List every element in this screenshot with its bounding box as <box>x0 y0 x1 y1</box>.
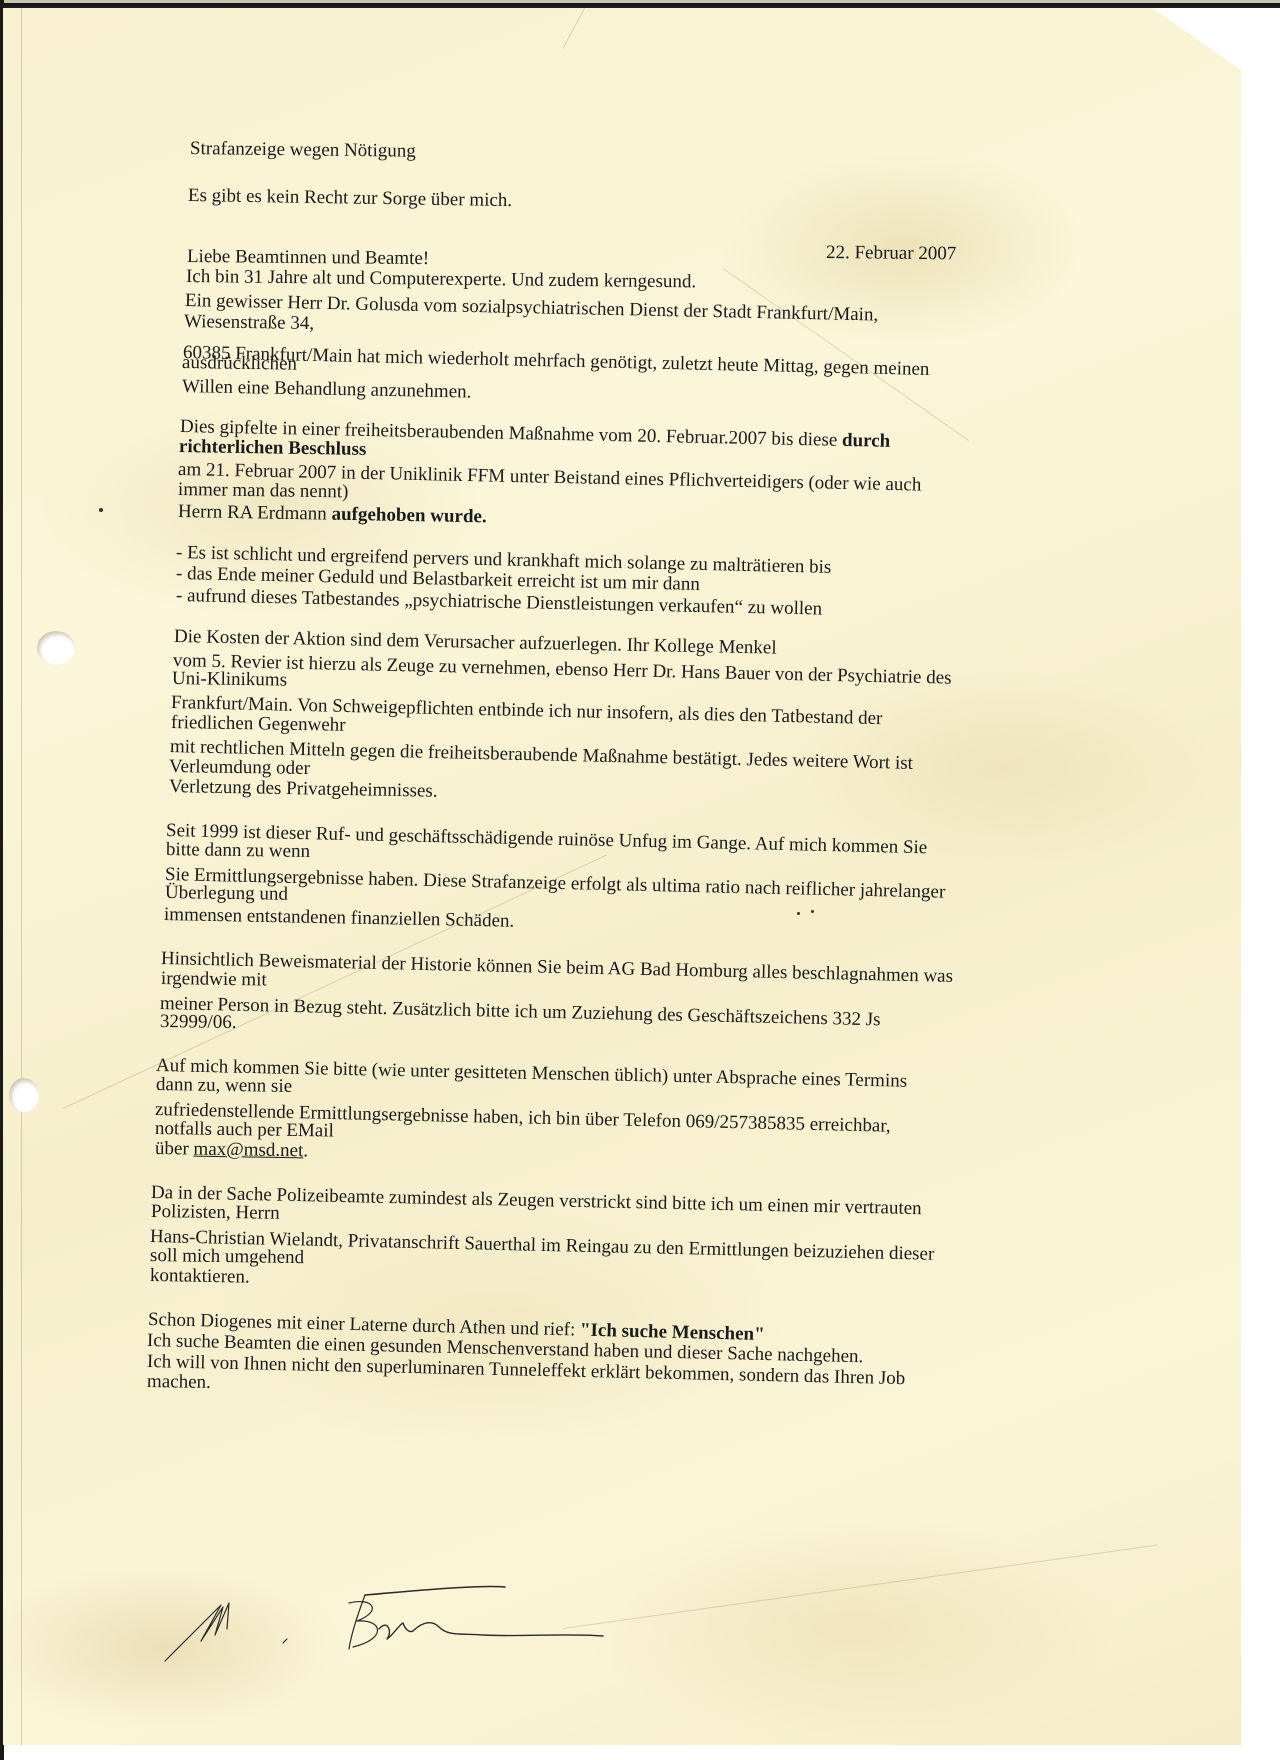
letter-date: 22. Februar 2007 <box>826 242 957 264</box>
paragraph-line: vom 5. Revier ist hierzu als Zeuge zu ve… <box>173 650 952 689</box>
text: über <box>155 1138 194 1160</box>
paragraph-line: richterlichen Beschluss <box>179 436 367 460</box>
paragraph-line: über max@msd.net. <box>155 1138 308 1161</box>
paragraph-line: Wiesenstraße 34, <box>184 311 314 334</box>
paper-sheet: Strafanzeige wegen Nötigung Es gibt es k… <box>3 8 1241 1745</box>
text: . <box>303 1140 308 1161</box>
ink-speck <box>811 910 814 913</box>
paragraph-line: Ich bin 31 Jahre alt und Computerexperte… <box>186 266 696 292</box>
paragraph-line: ausdrücklichen <box>182 352 297 375</box>
paragraph-line: immensen entstandenen finanziellen Schäd… <box>164 904 515 932</box>
paragraph-line: Hinsichtlich Beweismaterial der Historie… <box>161 948 953 987</box>
paragraph-line: Uni-Klinikums <box>172 668 287 691</box>
paragraph-line: 32999/06. <box>160 1011 237 1033</box>
ink-speck <box>797 912 800 915</box>
bold-text: durch <box>842 430 891 452</box>
text: Herrn RA Erdmann <box>178 501 332 525</box>
paragraph-line: immer man das nennt) <box>178 479 349 502</box>
bold-text: aufgehoben wurde. <box>331 504 487 528</box>
paragraph-line: irgendwie mit <box>161 968 267 990</box>
signature-icon <box>143 1553 643 1683</box>
scan-top-edge <box>0 0 1280 8</box>
paragraph-line: Willen eine Behandlung anzunehmen. <box>182 376 472 403</box>
paragraph-line: meiner Person in Bezug steht. Zusätzlich… <box>160 993 881 1030</box>
letter-tagline: Es gibt es kein Recht zur Sorge über mic… <box>188 185 512 211</box>
paragraph-line: dann zu, wenn sie <box>156 1074 292 1097</box>
ink-speck <box>99 508 103 512</box>
paragraph-line: machen. <box>147 1371 211 1393</box>
paragraph-line: friedlichen Gegenwehr <box>171 712 346 736</box>
paragraph-line: Verletzung des Privatgeheimnisses. <box>169 776 438 802</box>
paragraph-line: bitte dann zu wenn <box>166 839 310 862</box>
email-link[interactable]: max@msd.net <box>193 1139 303 1162</box>
paragraph-line: kontaktieren. <box>150 1265 250 1288</box>
paragraph-line: Überlegung und <box>165 882 288 905</box>
paragraph-line: Polizisten, Herrn <box>151 1201 280 1224</box>
paragraph-line: Herrn RA Erdmann aufgehoben wurde. <box>178 501 487 527</box>
letter-subject: Strafanzeige wegen Nötigung <box>190 138 416 162</box>
letter: Strafanzeige wegen Nötigung Es gibt es k… <box>3 8 1241 1745</box>
